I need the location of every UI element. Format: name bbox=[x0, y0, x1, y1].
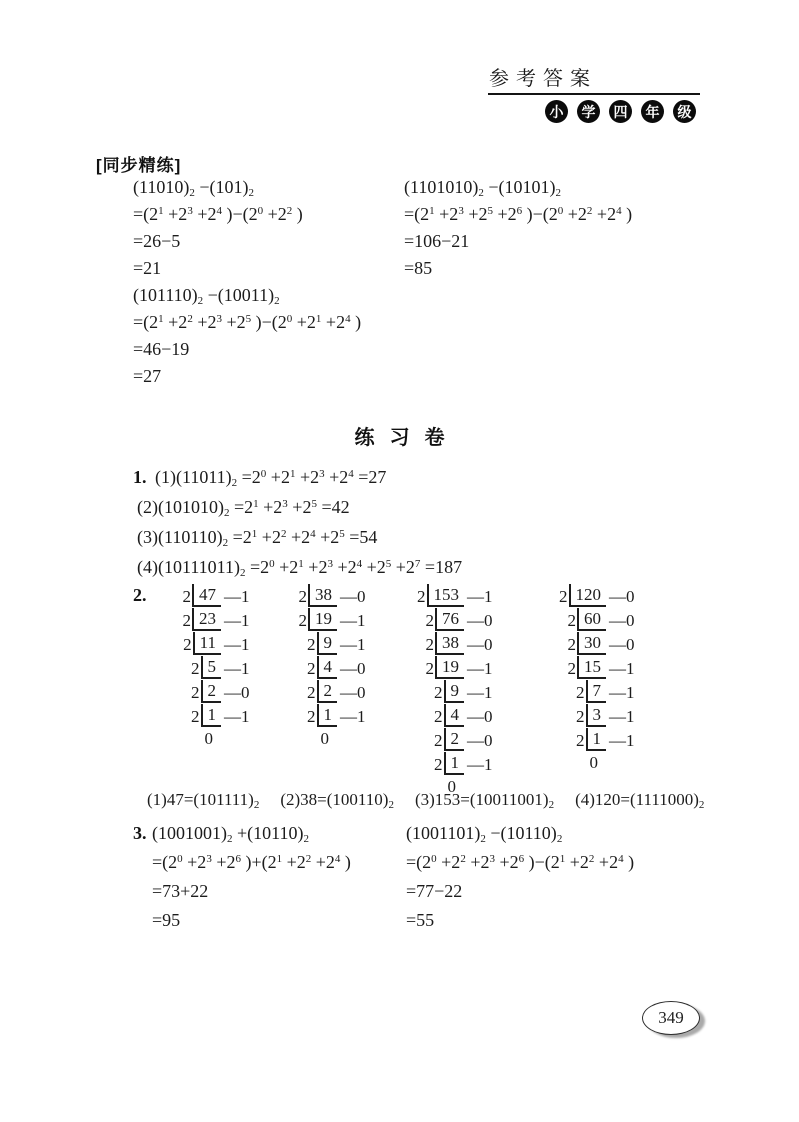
question-3-left-column: (1001001)2 +(10110)2=(20 +23 +26 )+(21 +… bbox=[152, 819, 351, 935]
divisor: 2 bbox=[307, 706, 316, 727]
divisor: 2 bbox=[434, 682, 443, 703]
equation-line: =(21 +23 +25 +26 )−(20 +22 +24 ) bbox=[404, 201, 632, 228]
sync-practice-left-column: (11010)2 −(101)2=(21 +23 +24 )−(20 +22 )… bbox=[133, 174, 361, 390]
equation-line: =(21 +22 +23 +25 )−(20 +21 +24 ) bbox=[133, 309, 361, 336]
equation-line: (2)(101010)2 =21 +23 +25 =42 bbox=[137, 492, 462, 522]
divisor: 2 bbox=[576, 682, 585, 703]
divisor: 2 bbox=[191, 706, 200, 727]
division-step-row: 29—1 bbox=[291, 631, 375, 655]
division-step-row: 223—1 bbox=[171, 607, 259, 631]
remainder: —1 bbox=[464, 586, 502, 607]
equation-line: =(20 +22 +23 +26 )−(21 +22 +24 ) bbox=[406, 848, 634, 877]
question-3-number: 3. bbox=[133, 819, 147, 848]
equation-line: (1001101)2 −(10110)2 bbox=[406, 819, 634, 848]
divisor: 2 bbox=[191, 682, 200, 703]
remainder: —0 bbox=[337, 586, 375, 607]
equation-line: (1001001)2 +(10110)2 bbox=[152, 819, 351, 848]
division-step-row: 219—1 bbox=[291, 607, 375, 631]
division-step-row: 238—0 bbox=[291, 583, 375, 607]
division-step-row: 21—1 bbox=[408, 751, 502, 775]
equation-line: =73+22 bbox=[152, 877, 351, 906]
division-step-row: 215—1 bbox=[550, 655, 644, 679]
remainder: —1 bbox=[337, 610, 375, 631]
grade-badge-char: 小 bbox=[545, 100, 568, 123]
dividend-box: 2 bbox=[444, 728, 465, 751]
remainder: —1 bbox=[464, 754, 502, 775]
equation-line: =21 bbox=[133, 255, 361, 282]
divisor: 2 bbox=[183, 634, 192, 655]
division-step-row: 22—0 bbox=[291, 679, 375, 703]
dividend-box: 1 bbox=[586, 728, 607, 751]
divisor: 2 bbox=[299, 610, 308, 631]
grade-badge: 小学四年级 bbox=[545, 100, 696, 123]
remainder: —1 bbox=[337, 634, 375, 655]
equation-line: (1)(11011)2 =20 +21 +23 +24 =27 bbox=[137, 462, 462, 492]
remainder: —0 bbox=[606, 586, 644, 607]
grade-badge-char: 级 bbox=[673, 100, 696, 123]
division-step-row: 276—0 bbox=[408, 607, 502, 631]
dividend-box: 47 bbox=[192, 584, 221, 607]
equation-line: =27 bbox=[133, 363, 361, 390]
remainder: —0 bbox=[464, 730, 502, 751]
remainder: —1 bbox=[221, 634, 259, 655]
division-step-row: 25—1 bbox=[171, 655, 259, 679]
divisor: 2 bbox=[426, 610, 435, 631]
division-ladder-120: 2120—0260—0230—0215—127—123—121—10 bbox=[550, 583, 644, 775]
divisor: 2 bbox=[183, 610, 192, 631]
dividend-box: 60 bbox=[577, 608, 606, 631]
final-zero: 0 bbox=[291, 727, 375, 751]
remainder: —0 bbox=[464, 706, 502, 727]
conversion-result: (1)47=(101111)2 bbox=[147, 790, 259, 810]
division-ladder-38: 238—0219—129—124—022—021—10 bbox=[291, 583, 375, 751]
dividend-box: 153 bbox=[427, 584, 465, 607]
division-step-row: 247—1 bbox=[171, 583, 259, 607]
dividend-box: 76 bbox=[435, 608, 464, 631]
equation-line: =(21 +23 +24 )−(20 +22 ) bbox=[133, 201, 361, 228]
division-step-row: 238—0 bbox=[408, 631, 502, 655]
dividend-box: 30 bbox=[577, 632, 606, 655]
dividend-box: 7 bbox=[586, 680, 607, 703]
divisor: 2 bbox=[183, 586, 192, 607]
remainder: —1 bbox=[606, 658, 644, 679]
divisor: 2 bbox=[576, 730, 585, 751]
division-step-row: 21—1 bbox=[171, 703, 259, 727]
remainder: —1 bbox=[221, 610, 259, 631]
divisor: 2 bbox=[307, 658, 316, 679]
equation-line: =46−19 bbox=[133, 336, 361, 363]
division-step-row: 29—1 bbox=[408, 679, 502, 703]
division-step-row: 21—1 bbox=[291, 703, 375, 727]
remainder: —0 bbox=[606, 634, 644, 655]
dividend-box: 5 bbox=[201, 656, 222, 679]
division-step-row: 21—1 bbox=[550, 727, 644, 751]
sync-practice-right-column: (1101010)2 −(10101)2=(21 +23 +25 +26 )−(… bbox=[404, 174, 632, 282]
conversion-result: (2)38=(100110)2 bbox=[280, 790, 394, 810]
equation-line: =(20 +23 +26 )+(21 +22 +24 ) bbox=[152, 848, 351, 877]
divisor: 2 bbox=[307, 634, 316, 655]
divisor: 2 bbox=[559, 586, 568, 607]
remainder: —0 bbox=[464, 610, 502, 631]
dividend-box: 9 bbox=[317, 632, 338, 655]
question-3-right-column: (1001101)2 −(10110)2=(20 +22 +23 +26 )−(… bbox=[406, 819, 634, 935]
remainder: —0 bbox=[337, 658, 375, 679]
divisor: 2 bbox=[434, 730, 443, 751]
page-title: 参考答案 bbox=[489, 62, 597, 91]
division-step-row: 23—1 bbox=[550, 703, 644, 727]
remainder: —1 bbox=[606, 730, 644, 751]
remainder: —1 bbox=[337, 706, 375, 727]
equation-line: (3)(110110)2 =21 +22 +24 +25 =54 bbox=[137, 522, 462, 552]
divisor: 2 bbox=[434, 754, 443, 775]
divisor: 2 bbox=[568, 610, 577, 631]
remainder: —1 bbox=[464, 682, 502, 703]
remainder: —1 bbox=[606, 706, 644, 727]
remainder: —0 bbox=[606, 610, 644, 631]
equation-line: =106−21 bbox=[404, 228, 632, 255]
division-step-row: 22—0 bbox=[408, 727, 502, 751]
conversion-result: (4)120=(1111000)2 bbox=[575, 790, 704, 810]
page-number: 349 bbox=[658, 1008, 684, 1028]
divisor: 2 bbox=[576, 706, 585, 727]
equation-line: =85 bbox=[404, 255, 632, 282]
division-step-row: 260—0 bbox=[550, 607, 644, 631]
equation-line: =55 bbox=[406, 906, 634, 935]
division-step-row: 2120—0 bbox=[550, 583, 644, 607]
equation-line: =26−5 bbox=[133, 228, 361, 255]
divisor: 2 bbox=[191, 658, 200, 679]
dividend-box: 1 bbox=[201, 704, 222, 727]
remainder: —0 bbox=[464, 634, 502, 655]
division-step-row: 24—0 bbox=[291, 655, 375, 679]
practice-sheet-title: 练习卷 bbox=[0, 421, 799, 450]
dividend-box: 23 bbox=[192, 608, 221, 631]
section-label-sync-practice: [同步精练] bbox=[96, 151, 181, 176]
divisor: 2 bbox=[434, 706, 443, 727]
dividend-box: 4 bbox=[317, 656, 338, 679]
equation-line: (11010)2 −(101)2 bbox=[133, 174, 361, 201]
dividend-box: 1 bbox=[317, 704, 338, 727]
dividend-box: 3 bbox=[586, 704, 607, 727]
divisor: 2 bbox=[568, 634, 577, 655]
remainder: —0 bbox=[337, 682, 375, 703]
grade-badge-char: 四 bbox=[609, 100, 632, 123]
equation-line: =77−22 bbox=[406, 877, 634, 906]
divisor: 2 bbox=[307, 682, 316, 703]
dividend-box: 19 bbox=[308, 608, 337, 631]
page-number-oval: 349 bbox=[642, 1001, 700, 1035]
divisor: 2 bbox=[568, 658, 577, 679]
equation-line: (101110)2 −(10011)2 bbox=[133, 282, 361, 309]
dividend-box: 120 bbox=[569, 584, 607, 607]
remainder: —1 bbox=[606, 682, 644, 703]
division-step-row: 27—1 bbox=[550, 679, 644, 703]
dividend-box: 38 bbox=[435, 632, 464, 655]
dividend-box: 19 bbox=[435, 656, 464, 679]
textbook-answer-page: 参考答案 小学四年级 [同步精练] (11010)2 −(101)2=(21 +… bbox=[0, 0, 799, 1122]
remainder: —1 bbox=[464, 658, 502, 679]
division-step-row: 24—0 bbox=[408, 703, 502, 727]
question-1-lines: (1)(11011)2 =20 +21 +23 +24 =27(2)(10101… bbox=[137, 462, 462, 582]
remainder: —1 bbox=[221, 586, 259, 607]
remainder: —1 bbox=[221, 658, 259, 679]
dividend-box: 1 bbox=[444, 752, 465, 775]
conversion-result: (3)153=(10011001)2 bbox=[415, 790, 554, 810]
division-step-row: 230—0 bbox=[550, 631, 644, 655]
grade-badge-char: 年 bbox=[641, 100, 664, 123]
question-2-number: 2. bbox=[133, 583, 147, 607]
remainder: —1 bbox=[221, 706, 259, 727]
dividend-box: 11 bbox=[193, 632, 221, 655]
title-underline bbox=[488, 93, 700, 95]
grade-badge-char: 学 bbox=[577, 100, 600, 123]
dividend-box: 38 bbox=[308, 584, 337, 607]
division-step-row: 22—0 bbox=[171, 679, 259, 703]
divisor: 2 bbox=[426, 658, 435, 679]
division-step-row: 211—1 bbox=[171, 631, 259, 655]
dividend-box: 9 bbox=[444, 680, 465, 703]
conversion-results-line: (1)47=(101111)2(2)38=(100110)2(3)153=(10… bbox=[147, 790, 704, 810]
dividend-box: 2 bbox=[201, 680, 222, 703]
remainder: —0 bbox=[221, 682, 259, 703]
equation-line: =95 bbox=[152, 906, 351, 935]
divisor: 2 bbox=[417, 586, 426, 607]
dividend-box: 2 bbox=[317, 680, 338, 703]
divisor: 2 bbox=[299, 586, 308, 607]
equation-line: (4)(10111011)2 =20 +21 +23 +24 +25 +27 =… bbox=[137, 552, 462, 582]
divisor: 2 bbox=[426, 634, 435, 655]
division-step-row: 2153—1 bbox=[408, 583, 502, 607]
division-step-row: 219—1 bbox=[408, 655, 502, 679]
final-zero: 0 bbox=[550, 751, 644, 775]
dividend-box: 15 bbox=[577, 656, 606, 679]
division-ladder-153: 2153—1276—0238—0219—129—124—022—021—10 bbox=[408, 583, 502, 799]
equation-line: (1101010)2 −(10101)2 bbox=[404, 174, 632, 201]
division-ladder-47: 247—1223—1211—125—122—021—10 bbox=[171, 583, 259, 751]
dividend-box: 4 bbox=[444, 704, 465, 727]
final-zero: 0 bbox=[171, 727, 259, 751]
